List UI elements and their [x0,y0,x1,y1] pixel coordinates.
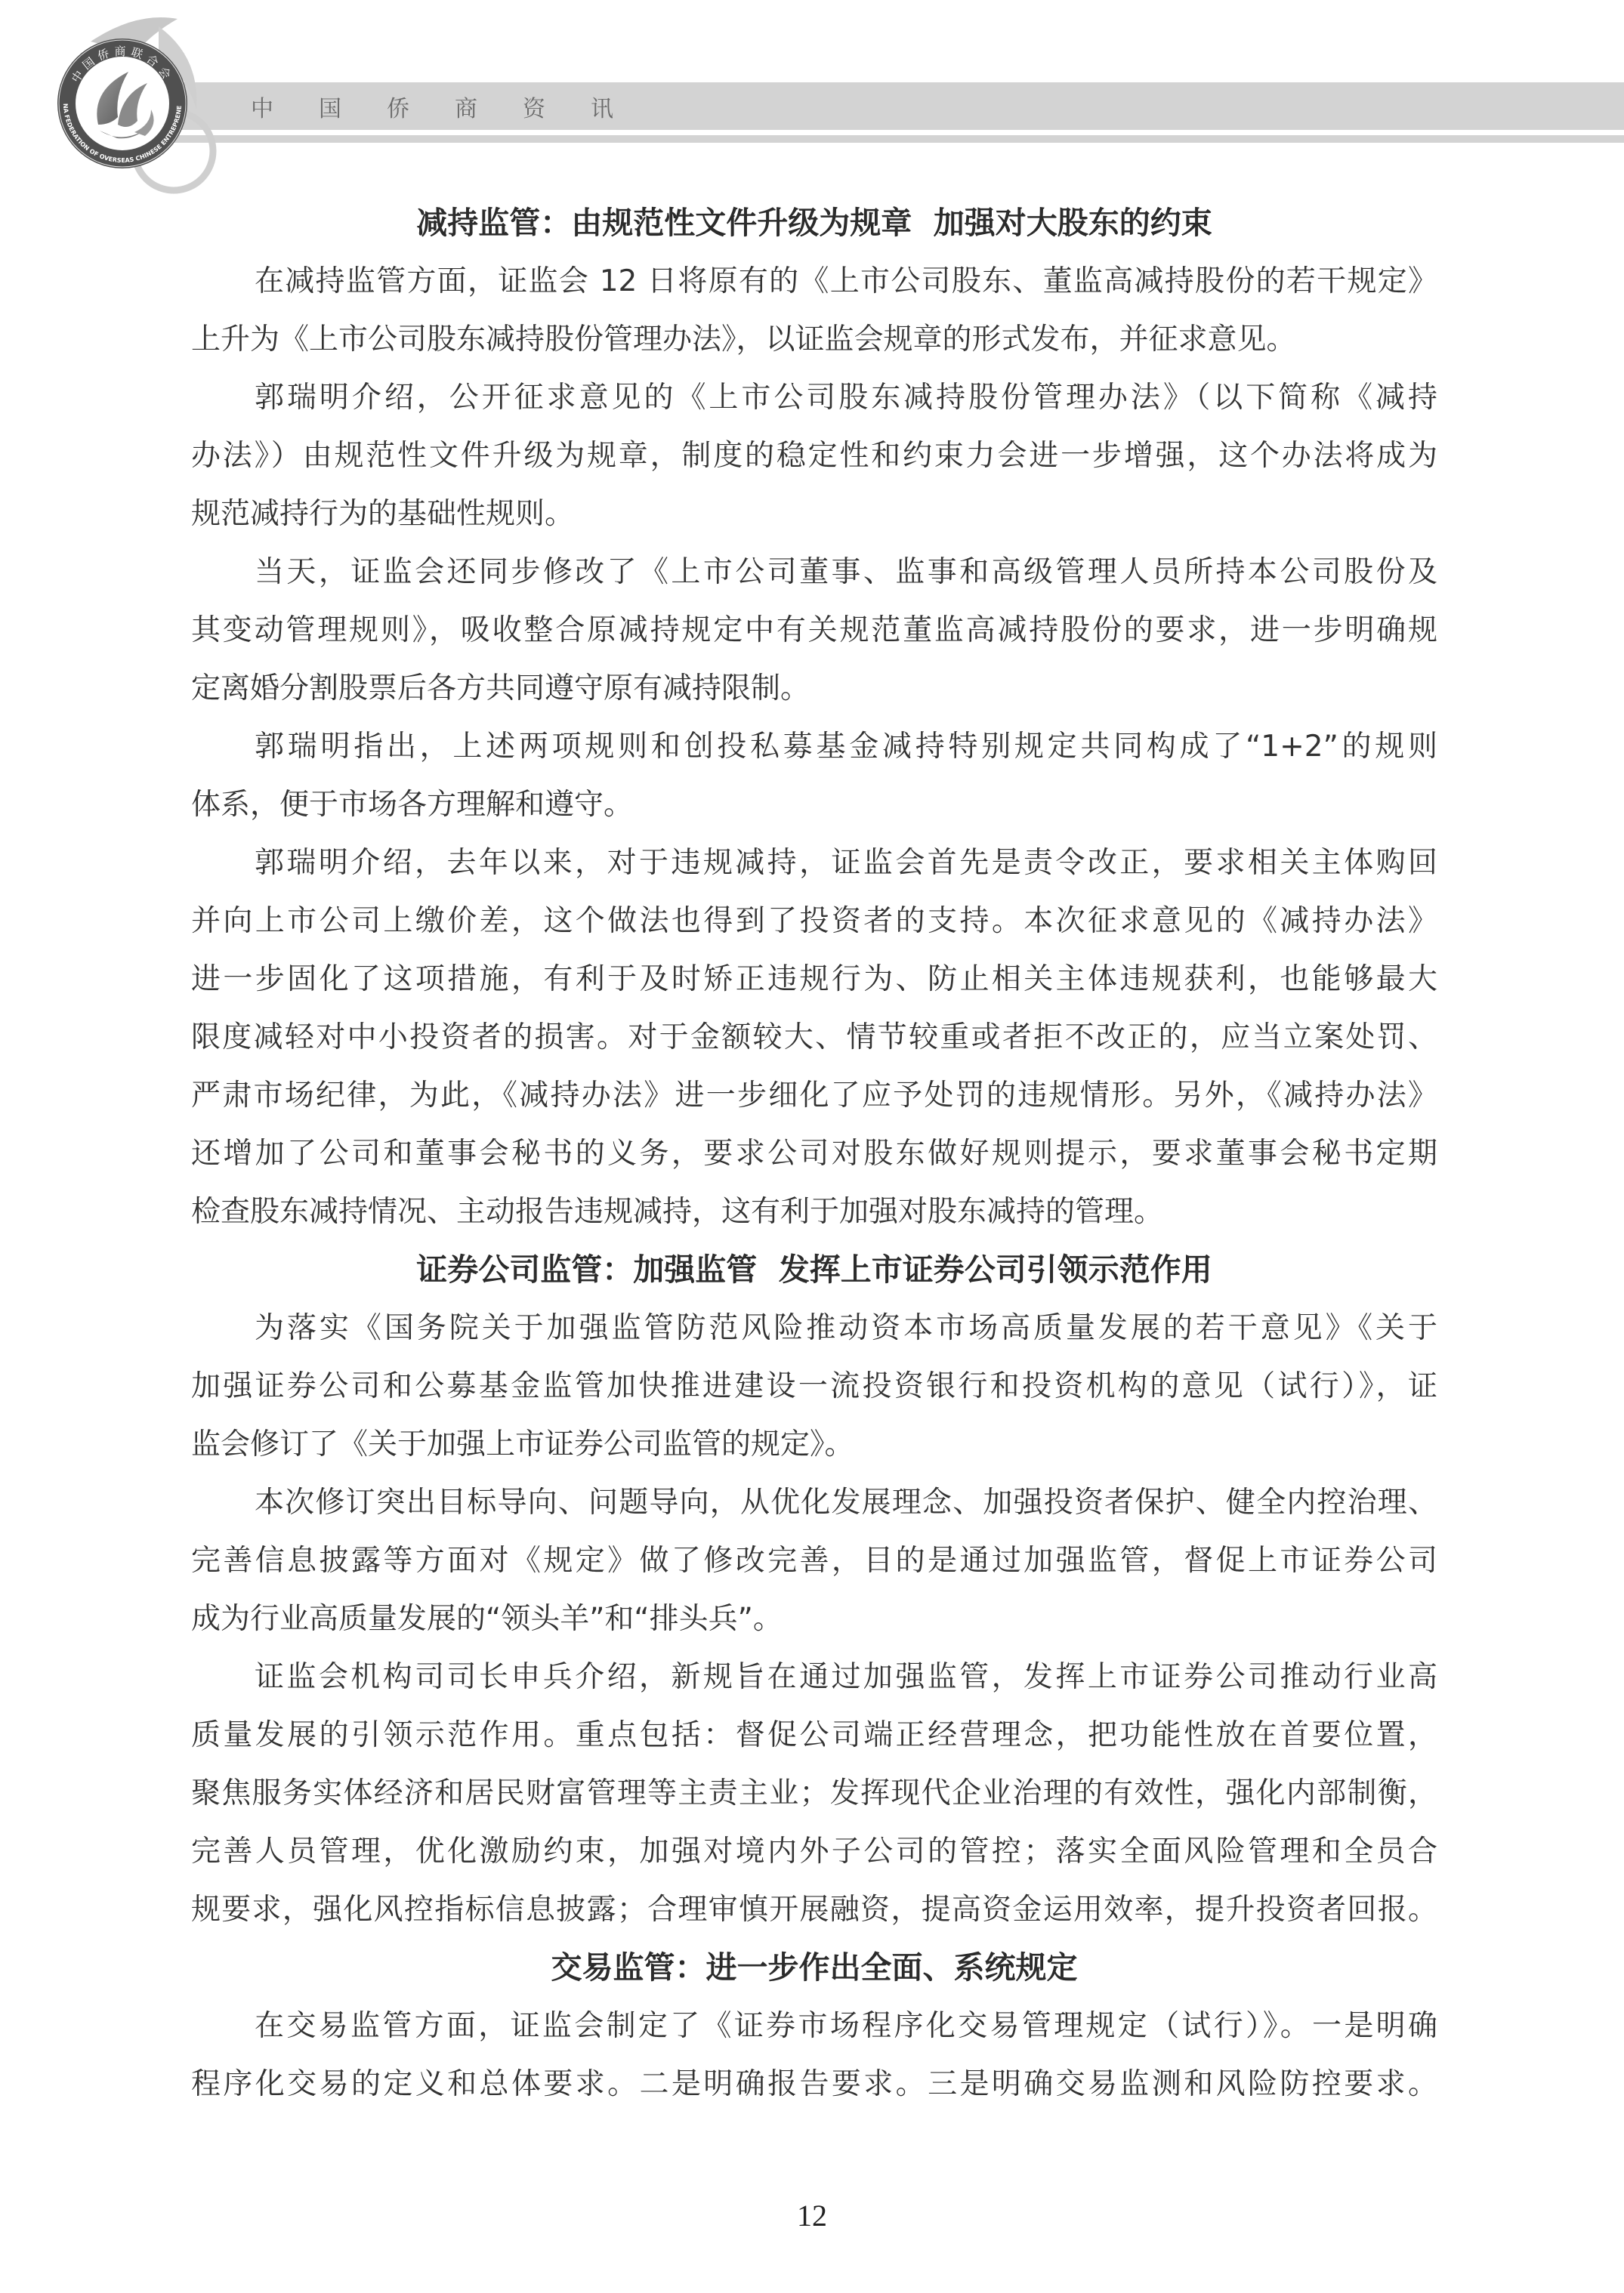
text-line: 体系，便于市场各方理解和遵守。 [191,776,1437,834]
text-line: 并向上市公司上缴价差，这个做法也得到了投资者的支持。本次征求意见的《减持办法》 [191,892,1437,950]
text-line: 当天，证监会还同步修改了《上市公司董事、监事和高级管理人员所持本公司股份及 [191,543,1437,601]
paragraph: 当天，证监会还同步修改了《上市公司董事、监事和高级管理人员所持本公司股份及 其变… [191,543,1437,718]
text-line: 进一步固化了这项措施，有利于及时矫正违规行为、防止相关主体违规获利，也能够最大 [191,950,1437,1008]
section-heading: 减持监管：由规范性文件升级为规章 加强对大股东的约束 [191,194,1437,252]
page-number: 12 [0,2198,1624,2233]
paragraph: 证监会机构司司长申兵介绍，新规旨在通过加强监管，发挥上市证券公司推动行业高 质量… [191,1648,1437,1939]
text-line: 其变动管理规则》，吸收整合原减持规定中有关规范董监高减持股份的要求，进一步明确规 [191,601,1437,659]
text-line: 严肃市场纪律，为此，《减持办法》进一步细化了应予处罚的违规情形。另外，《减持办法… [191,1066,1437,1125]
text-line: 限度减轻对中小投资者的损害。对于金额较大、情节较重或者拒不改正的，应当立案处罚、 [191,1008,1437,1066]
title-char: 讯 [591,90,659,123]
text-line: 上升为《上市公司股东减持股份管理办法》，以证监会规章的形式发布，并征求意见。 [191,310,1437,369]
title-char: 资 [523,90,591,123]
paragraph: 在减持监管方面，证监会 12 日将原有的《上市公司股东、董监高减持股份的若干规定… [191,252,1437,369]
title-char: 侨 [387,90,455,123]
organization-logo: 中国侨商联合会 CHINA FEDERATION OF OVERSEAS CHI… [45,11,242,196]
section-heading: 交易监管：进一步作出全面、系统规定 [191,1939,1437,1997]
paragraph: 本次修订突出目标导向、问题导向，从优化发展理念、加强投资者保护、健全内控治理、 … [191,1474,1437,1648]
text-line: 在交易监管方面，证监会制定了《证券市场程序化交易管理规定（试行）》。一是明确 [191,1997,1437,2055]
paragraph: 郭瑞明介绍，公开征求意见的《上市公司股东减持股份管理办法》（以下简称《减持 办法… [191,369,1437,543]
text-line: 监会修订了《关于加强上市证券公司监管的规定》。 [191,1415,1437,1474]
text-line: 聚焦服务实体经济和居民财富管理等主责主业；发挥现代企业治理的有效性，强化内部制衡… [191,1764,1437,1822]
text-line: 成为行业高质量发展的“领头羊”和“排头兵”。 [191,1590,1437,1648]
text-line: 程序化交易的定义和总体要求。二是明确报告要求。三是明确交易监测和风险防控要求。 [191,2055,1437,2113]
logo-emblem-icon: 中国侨商联合会 CHINA FEDERATION OF OVERSEAS CHI… [45,11,242,196]
text-line: 在减持监管方面，证监会 12 日将原有的《上市公司股东、董监高减持股份的若干规定… [191,252,1437,310]
text-line: 完善信息披露等方面对《规定》做了修改完善，目的是通过加强监管，督促上市证券公司 [191,1532,1437,1590]
text-line: 规要求，强化风控指标信息披露；合理审慎开展融资，提高资金运用效率，提升投资者回报… [191,1881,1437,1939]
text-line: 加强证券公司和公募基金监管加快推进建设一流投资银行和投资机构的意见（试行）》，证 [191,1357,1437,1415]
text-line: 还增加了公司和董事会秘书的义务，要求公司对股东做好规则提示，要求董事会秘书定期 [191,1125,1437,1183]
text-line: 为落实《国务院关于加强监管防范风险推动资本市场高质量发展的若干意见》《关于 [191,1299,1437,1357]
publication-title: 中 国 侨 商 资 讯 [251,85,659,128]
text-line: 本次修订突出目标导向、问题导向，从优化发展理念、加强投资者保护、健全内控治理、 [191,1474,1437,1532]
title-char: 中 [251,90,319,123]
section-heading: 证券公司监管：加强监管 发挥上市证券公司引领示范作用 [191,1241,1437,1299]
header-underline-band [155,135,1624,143]
paragraph: 在交易监管方面，证监会制定了《证券市场程序化交易管理规定（试行）》。一是明确 程… [191,1997,1437,2113]
text-line: 郭瑞明介绍，公开征求意见的《上市公司股东减持股份管理办法》（以下简称《减持 [191,369,1437,427]
paragraph: 为落实《国务院关于加强监管防范风险推动资本市场高质量发展的若干意见》《关于 加强… [191,1299,1437,1474]
paragraph: 郭瑞明指出，上述两项规则和创投私募基金减持特别规定共同构成了“1+2”的规则 体… [191,718,1437,834]
text-line: 证监会机构司司长申兵介绍，新规旨在通过加强监管，发挥上市证券公司推动行业高 [191,1648,1437,1706]
text-line: 检查股东减持情况、主动报告违规减持，这有利于加强对股东减持的管理。 [191,1183,1437,1241]
article-body: 减持监管：由规范性文件升级为规章 加强对大股东的约束 在减持监管方面，证监会 1… [191,194,1437,2113]
text-line: 完善人员管理，优化激励约束，加强对境内外子公司的管控；落实全面风险管理和全员合 [191,1822,1437,1881]
text-line: 郭瑞明介绍，去年以来，对于违规减持，证监会首先是责令改正，要求相关主体购回 [191,834,1437,892]
text-line: 质量发展的引领示范作用。重点包括：督促公司端正经营理念，把功能性放在首要位置， [191,1706,1437,1764]
text-line: 定离婚分割股票后各方共同遵守原有减持限制。 [191,659,1437,718]
text-line: 规范减持行为的基础性规则。 [191,485,1437,543]
title-char: 商 [455,90,523,123]
text-line: 办法》）由规范性文件升级为规章，制度的稳定性和约束力会进一步增强，这个办法将成为 [191,427,1437,485]
paragraph: 郭瑞明介绍，去年以来，对于违规减持，证监会首先是责令改正，要求相关主体购回 并向… [191,834,1437,1241]
title-char: 国 [319,90,387,123]
text-line: 郭瑞明指出，上述两项规则和创投私募基金减持特别规定共同构成了“1+2”的规则 [191,718,1437,776]
